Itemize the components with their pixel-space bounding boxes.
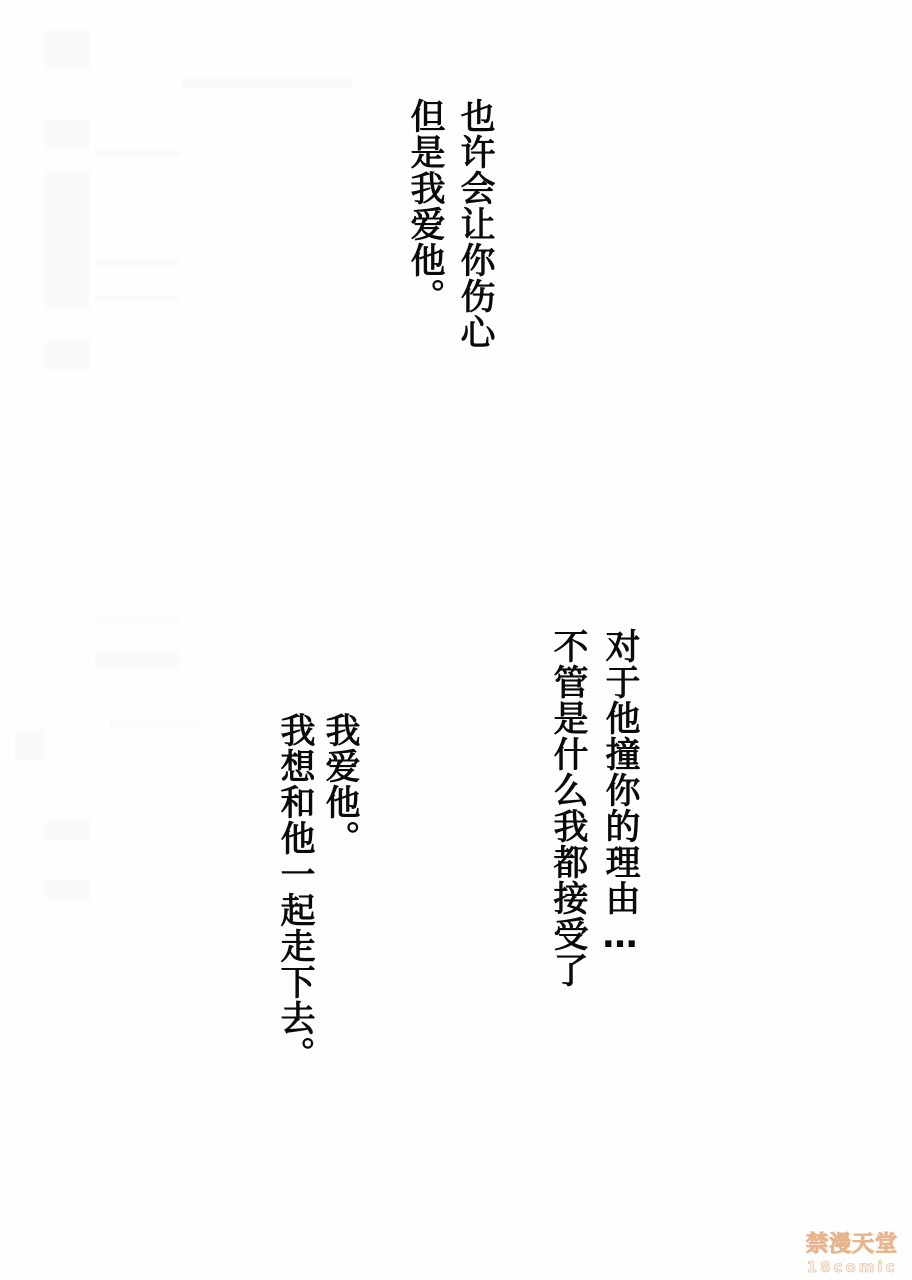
bleed-through-texture: [95, 617, 180, 624]
bubble-3-column-2: 我想和他一起走下去。: [275, 712, 315, 1072]
bleed-through-texture: [110, 720, 200, 727]
bleed-through-texture: [182, 78, 352, 88]
bubble-3-column-1: 我爱他。: [320, 712, 360, 856]
bleed-through-texture: [95, 295, 180, 302]
bleed-through-texture: [45, 880, 90, 900]
bleed-through-texture: [45, 340, 90, 370]
watermark-subtitle: 18comic: [798, 1258, 906, 1276]
bleed-through-texture: [15, 730, 45, 760]
bubble-2-column-1: 对于他撞你的理由…: [600, 628, 640, 957]
bleed-through-texture: [95, 650, 180, 670]
bleed-through-texture: [95, 260, 180, 267]
bleed-through-texture: [45, 820, 90, 840]
bleed-through-texture: [45, 170, 90, 310]
bleed-through-texture: [45, 30, 90, 70]
bleed-through-texture: [45, 120, 90, 150]
manga-page: 也许会让你伤心 但是我爱他。 对于他撞你的理由… 不管是什么我都接受了 我爱他。…: [0, 0, 912, 1280]
watermark-title: 禁漫天堂: [798, 1232, 906, 1258]
bleed-through-texture: [95, 150, 180, 157]
bubble-1-column-2: 但是我爱他。: [405, 98, 445, 314]
bubble-1-column-1: 也许会让你伤心: [455, 98, 495, 350]
site-watermark: 禁漫天堂 18comic: [798, 1232, 906, 1276]
bubble-2-column-2: 不管是什么我都接受了: [548, 628, 588, 988]
